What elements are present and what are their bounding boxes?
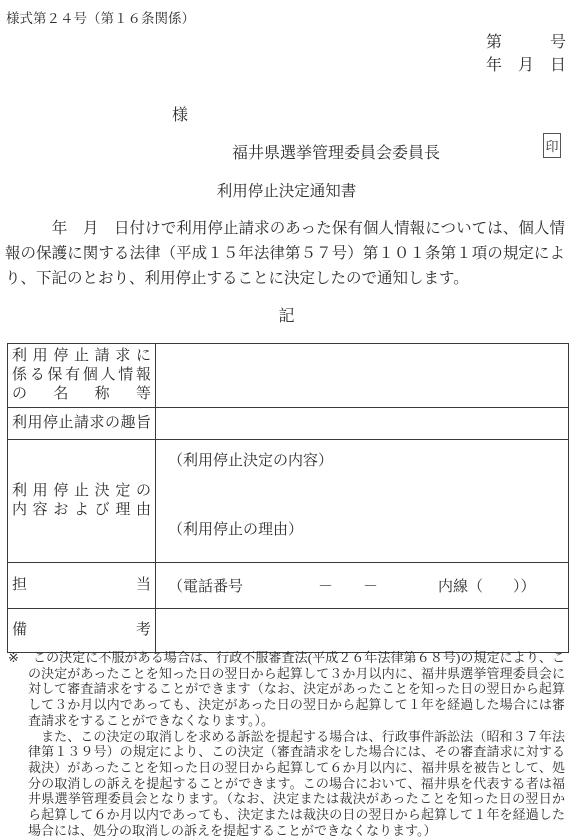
label-line: 備考 (12, 621, 151, 640)
row-request-purport: 利用停止請求の趣旨 (8, 408, 569, 440)
decision-table-wrapper: 利用停止請求に 係る保有個人情報 の名称等 利用停止請求の趣旨 利用停止決定の … (7, 343, 569, 653)
notes-section: ※この決定に不服がある場合は、行政不服審査法(平成２６年法律第６８号)の規定によ… (8, 650, 565, 838)
contact-label: 担当 (8, 563, 156, 609)
held-info-name-field (156, 344, 569, 408)
label-line: 係る保有個人情報 (12, 366, 151, 385)
seal-label: 印 (545, 136, 558, 155)
label-line: 利用停止決定の (12, 482, 151, 501)
sender-title: 福井県選挙管理委員会委員長 (232, 140, 440, 163)
decision-content-reason-label: 利用停止決定の 内容および理由 (8, 440, 156, 563)
remarks-field (156, 609, 569, 653)
document-meta: 第 号 年 月 日 (486, 31, 566, 77)
remarks-label: 備考 (8, 609, 156, 653)
row-decision-content-reason: 利用停止決定の 内容および理由 （利用停止決定の内容） （利用停止の理由） (8, 440, 569, 563)
held-info-name-label: 利用停止請求に 係る保有個人情報 の名称等 (8, 344, 156, 408)
decision-content-reason-field: （利用停止決定の内容） （利用停止の理由） (156, 440, 569, 563)
decision-content-heading: （利用停止決定の内容） (168, 449, 562, 470)
document-date: 年 月 日 (486, 54, 566, 77)
recipient-honorific: 様 (172, 102, 188, 125)
seal-box: 印 (543, 133, 561, 158)
decision-table: 利用停止請求に 係る保有個人情報 の名称等 利用停止請求の趣旨 利用停止決定の … (7, 343, 569, 653)
form-number-label: 様式第２４号（第１６条関係） (6, 7, 195, 27)
label-line: 利用停止請求に (12, 347, 151, 366)
note-paragraph-1: ※この決定に不服がある場合は、行政不服審査法(平成２６年法律第６８号)の規定によ… (8, 650, 565, 729)
label-line: 担当 (12, 576, 151, 595)
record-marker: 記 (0, 303, 573, 326)
row-contact: 担当 （電話番号 － － 内線（ ）） (8, 563, 569, 609)
request-purport-label: 利用停止請求の趣旨 (8, 408, 156, 440)
body-paragraph: 年 月 日付けで利用停止請求のあった保有個人情報については、個人情報の保護に関す… (5, 216, 565, 291)
label-line: 内容および理由 (12, 501, 151, 520)
row-remarks: 備考 (8, 609, 569, 653)
row-held-info-name: 利用停止請求に 係る保有個人情報 の名称等 (8, 344, 569, 408)
document-title: 利用停止決定通知書 (0, 179, 573, 201)
document-number: 第 号 (486, 31, 566, 54)
label-line: の名称等 (12, 385, 151, 404)
contact-phone-field: （電話番号 － － 内線（ ）） (156, 563, 569, 609)
note-paragraph-2: また、この決定の取消しを求める訴訟を提起する場合は、行政事件訴訟法（昭和３７年法… (8, 729, 565, 839)
note-text-1: この決定に不服がある場合は、行政不服審査法(平成２６年法律第６８号)の規定により… (28, 650, 565, 728)
suspension-reason-heading: （利用停止の理由） (168, 518, 562, 539)
label-line: 利用停止請求の趣旨 (12, 414, 151, 433)
note-asterisk-marker: ※ (8, 650, 19, 665)
request-purport-field (156, 408, 569, 440)
phone-line: （電話番号 － － 内線（ ）） (168, 579, 536, 595)
